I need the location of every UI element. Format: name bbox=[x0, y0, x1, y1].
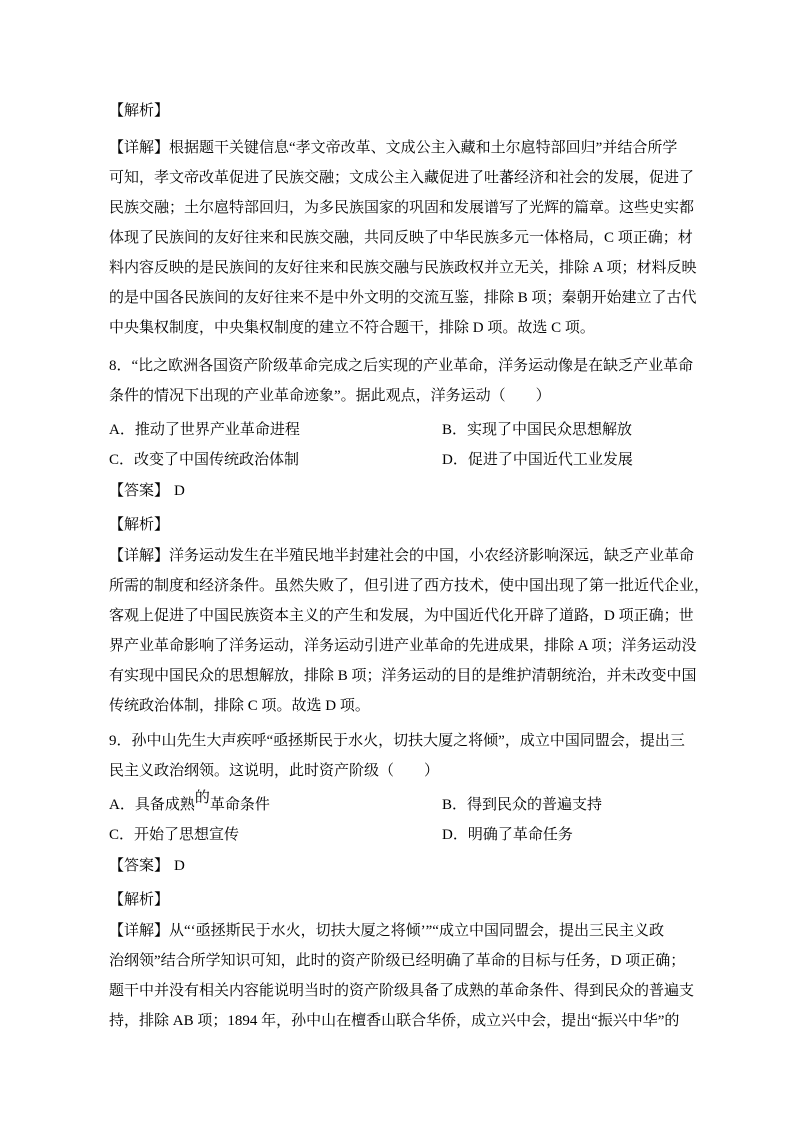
q7-detail-line-2: 可知，孝文帝改革促进了民族交融；文成公主入藏促进了吐蕃经济和社会的发展，促进了 bbox=[109, 163, 694, 193]
q9-options: A．具备成熟的革命条件 B．得到民众的普遍支持 C．开始了思想宣传 D．明确了革… bbox=[109, 790, 694, 850]
q8-answer-value: D bbox=[174, 483, 185, 499]
q8-options: A．推动了世界产业革命进程 B．实现了中国民众思想解放 C．改变了中国传统政治体… bbox=[109, 415, 694, 475]
q9-option-c: C．开始了思想宣传 bbox=[109, 820, 442, 850]
q7-detail-line-3: 民族交融；土尔扈特部回归，为多民族国家的巩固和发展谱写了光辉的篇章。这些史实都 bbox=[109, 193, 694, 223]
q8-detail-line-1: 【详解】洋务运动发生在半殖民地半封建社会的中国，小农经济影响深远，缺乏产业革命 bbox=[109, 541, 694, 571]
q9-detail-line-3: 题干中并没有相关内容能说明当时的资产阶级具备了成熟的革命条件、得到民众的普遍支 bbox=[109, 976, 694, 1006]
q9-answer-value: D bbox=[174, 858, 185, 874]
q8-detail-line-5: 有实现中国民众的思想解放，排除 B 项；洋务运动的目的是维护清朝统治，并未改变中… bbox=[109, 661, 694, 691]
q9-options-row-1: A．具备成熟的革命条件 B．得到民众的普遍支持 bbox=[109, 790, 694, 820]
q8-options-row-1: A．推动了世界产业革命进程 B．实现了中国民众思想解放 bbox=[109, 415, 694, 445]
q8-option-b: B．实现了中国民众思想解放 bbox=[442, 415, 694, 445]
q8-option-d: D．促进了中国近代工业发展 bbox=[442, 445, 694, 475]
q8-option-a: A．推动了世界产业革命进程 bbox=[109, 415, 442, 445]
q8-options-row-2: C．改变了中国传统政治体制 D．促进了中国近代工业发展 bbox=[109, 445, 694, 475]
q7-detail-paragraph: 【详解】根据题干关键信息“孝文帝改革、文成公主入藏和土尔扈特部回归”并结合所学 … bbox=[109, 133, 694, 343]
q9-stem-line-1: 9．孙中山先生大声疾呼“亟拯斯民于水火，切扶大厦之将倾”，成立中国同盟会，提出三 bbox=[109, 726, 694, 756]
document-page: 【解析】 【详解】根据题干关键信息“孝文帝改革、文成公主入藏和土尔扈特部回归”并… bbox=[0, 0, 794, 1123]
q9-option-a-text: A．具备成熟 bbox=[109, 797, 195, 813]
q7-analysis-heading: 【解析】 bbox=[109, 96, 694, 126]
q9-options-row-2: C．开始了思想宣传 D．明确了革命任务 bbox=[109, 820, 694, 850]
q8-detail-line-3: 客观上促进了中国民族资本主义的产生和发展，为中国近代化开辟了道路，D 项正确；世 bbox=[109, 601, 694, 631]
q9-option-b: B．得到民众的普遍支持 bbox=[442, 790, 694, 820]
q9-detail-line-1: 【详解】从“‘亟拯斯民于水火，切扶大厦之将倾’”“成立中国同盟会，提出三民主义政 bbox=[109, 916, 694, 946]
q9-answer-label: 【答案】 bbox=[109, 858, 169, 874]
q9-analysis-heading: 【解析】 bbox=[109, 885, 694, 915]
q7-detail-line-1: 【详解】根据题干关键信息“孝文帝改革、文成公主入藏和土尔扈特部回归”并结合所学 bbox=[109, 133, 694, 163]
q9-stem: 9．孙中山先生大声疾呼“亟拯斯民于水火，切扶大厦之将倾”，成立中国同盟会，提出三… bbox=[109, 726, 694, 786]
q9-option-d: D．明确了革命任务 bbox=[442, 820, 694, 850]
q8-detail-paragraph: 【详解】洋务运动发生在半殖民地半封建社会的中国，小农经济影响深远，缺乏产业革命 … bbox=[109, 541, 694, 721]
q8-detail-line-6: 传统政治体制，排除 C 项。故选 D 项。 bbox=[109, 691, 694, 721]
q8-answer-line: 【答案】D bbox=[109, 476, 694, 506]
q9-detail-paragraph: 【详解】从“‘亟拯斯民于水火，切扶大厦之将倾’”“成立中国同盟会，提出三民主义政… bbox=[109, 916, 694, 1036]
q8-detail-line-4: 界产业革命影响了洋务运动，洋务运动引进产业革命的先进成果，排除 A 项；洋务运动… bbox=[109, 631, 694, 661]
q8-stem-line-1: 8．“比之欧洲各国资产阶级革命完成之后实现的产业革命，洋务运动像是在缺乏产业革命 bbox=[109, 351, 694, 381]
q8-option-c: C．改变了中国传统政治体制 bbox=[109, 445, 442, 475]
q7-detail-line-6: 的是中国各民族间的友好往来不是中外文明的交流互鉴，排除 B 项；秦朝开始建立了古… bbox=[109, 283, 694, 313]
document-body: 【解析】 【详解】根据题干关键信息“孝文帝改革、文成公主入藏和土尔扈特部回归”并… bbox=[109, 96, 694, 1036]
q8-stem-line-2: 条件的情况下出现的产业革命迹象”。据此观点，洋务运动（ ） bbox=[109, 381, 694, 411]
q8-stem: 8．“比之欧洲各国资产阶级革命完成之后实现的产业革命，洋务运动像是在缺乏产业革命… bbox=[109, 351, 694, 411]
q9-option-a-text-tail: 革命条件 bbox=[210, 797, 270, 813]
q9-detail-line-4: 持，排除 AB 项；1894 年，孙中山在檀香山联合华侨，成立兴中会，提出“振兴… bbox=[109, 1006, 694, 1036]
q9-option-a-raised-char: 的 bbox=[195, 790, 210, 806]
q9-answer-line: 【答案】D bbox=[109, 851, 694, 881]
q9-detail-line-2: 治纲领”结合所学知识可知，此时的资产阶级已经明确了革命的目标与任务，D 项正确； bbox=[109, 946, 694, 976]
q7-detail-line-7: 中央集权制度，中央集权制度的建立不符合题干，排除 D 项。故选 C 项。 bbox=[109, 313, 694, 343]
q7-detail-line-5: 料内容反映的是民族间的友好往来和民族交融与民族政权并立无关，排除 A 项；材料反… bbox=[109, 253, 694, 283]
q8-detail-line-2: 所需的制度和经济条件。虽然失败了，但引进了西方技术，使中国出现了第一批近代企业， bbox=[109, 571, 694, 601]
q9-option-a: A．具备成熟的革命条件 bbox=[109, 790, 442, 820]
q7-detail-line-4: 体现了民族间的友好往来和民族交融，共同反映了中华民族多元一体格局，C 项正确；材 bbox=[109, 223, 694, 253]
q9-stem-line-2: 民主义政治纲领。这说明，此时资产阶级（ ） bbox=[109, 756, 694, 786]
q8-answer-label: 【答案】 bbox=[109, 483, 169, 499]
q8-analysis-heading: 【解析】 bbox=[109, 510, 694, 540]
